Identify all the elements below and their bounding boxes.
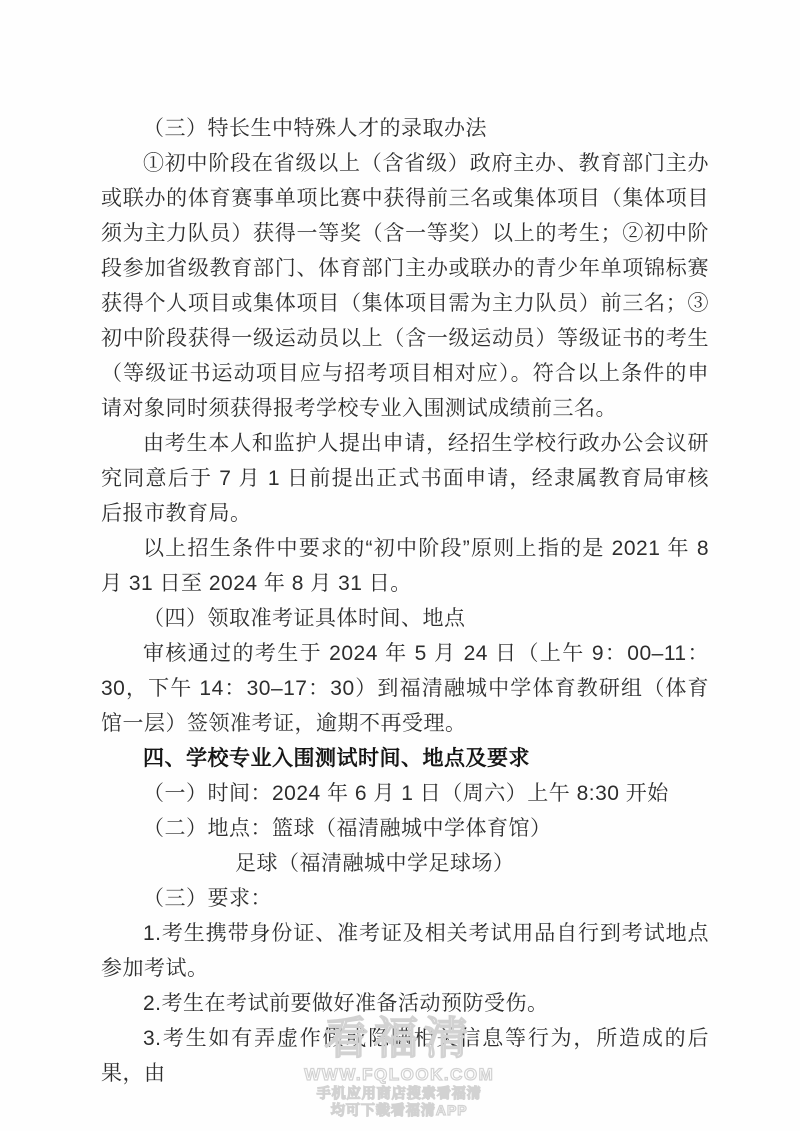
watermark-tip-line2: 均可下载看福清APP xyxy=(304,1103,494,1118)
page-number: 3 xyxy=(0,1034,800,1049)
paragraph-requirement-3: 3.考生如有弄虚作假或隐瞒相关信息等行为，所造成的后果，由 xyxy=(101,1021,709,1091)
paragraph-admission-conditions: ①初中阶段在省级以上（含省级）政府主办、教育部门主办或联办的体育赛事单项比赛中获… xyxy=(101,146,709,426)
list-item-test-place-basketball: （二）地点：篮球（福清融城中学体育馆） xyxy=(101,811,709,846)
paragraph-requirement-1: 1.考生携带身份证、准考证及相关考试用品自行到考试地点参加考试。 xyxy=(101,916,709,986)
paragraph-ticket-pickup-details: 审核通过的考生于 2024 年 5 月 24 日（上午 9：00–11：30，下… xyxy=(101,636,709,741)
list-item-requirements-heading: （三）要求： xyxy=(101,881,709,916)
section-heading-test-time-place-requirements: 四、学校专业入围测试时间、地点及要求 xyxy=(101,741,709,776)
list-item-test-time: （一）时间：2024 年 6 月 1 日（周六）上午 8:30 开始 xyxy=(101,776,709,811)
document-body: （三）特长生中特殊人才的录取办法 ①初中阶段在省级以上（含省级）政府主办、教育部… xyxy=(101,111,709,1091)
paragraph-junior-stage-definition: 以上招生条件中要求的“初中阶段”原则上指的是 2021 年 8 月 31 日至 … xyxy=(101,531,709,601)
scanned-document-page: （三）特长生中特殊人才的录取办法 ①初中阶段在省级以上（含省级）政府主办、教育部… xyxy=(0,0,800,1131)
paragraph-requirement-2: 2.考生在考试前要做好准备活动预防受伤。 xyxy=(101,986,709,1021)
list-item-test-place-football: 足球（福清融城中学足球场） xyxy=(101,846,709,881)
sub-heading-special-talent-admission: （三）特长生中特殊人才的录取办法 xyxy=(101,111,709,146)
sub-heading-admission-ticket-pickup: （四）领取准考证具体时间、地点 xyxy=(101,601,709,636)
paragraph-application-procedure: 由考生本人和监护人提出申请，经招生学校行政办公会议研究同意后于 7 月 1 日前… xyxy=(101,426,709,531)
